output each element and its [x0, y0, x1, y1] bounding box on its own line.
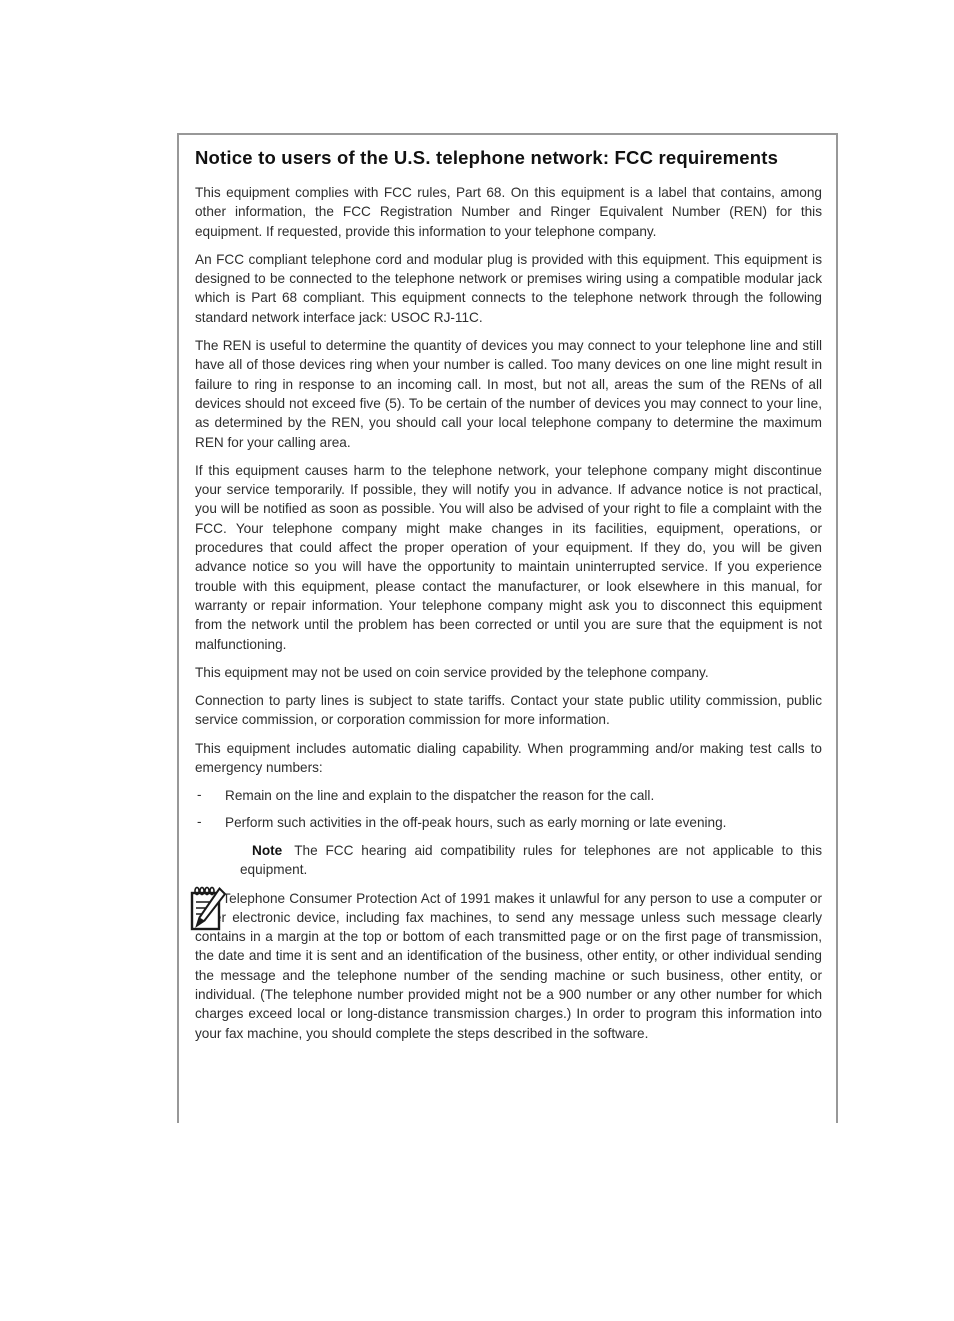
- paragraph-tcpa: The Telephone Consumer Protection Act of…: [195, 889, 822, 1043]
- page-title: Notice to users of the U.S. telephone ne…: [195, 147, 822, 169]
- note-block: NoteThe FCC hearing aid compatibility ru…: [240, 841, 822, 880]
- bullet-marker: -: [197, 812, 202, 831]
- paragraph-fcc-compliance: This equipment complies with FCC rules, …: [195, 183, 822, 241]
- paragraph-auto-dialing: This equipment includes automatic dialin…: [195, 739, 822, 778]
- notice-box: Notice to users of the U.S. telephone ne…: [177, 133, 838, 1123]
- emergency-call-list: - Remain on the line and explain to the …: [195, 786, 822, 832]
- bullet-marker: -: [197, 785, 202, 804]
- paragraph-network-harm: If this equipment causes harm to the tel…: [195, 461, 822, 654]
- manual-page: Notice to users of the U.S. telephone ne…: [0, 0, 954, 1321]
- note-text: The FCC hearing aid compatibility rules …: [240, 843, 822, 877]
- paragraph-ren: The REN is useful to determine the quant…: [195, 336, 822, 452]
- paragraph-party-lines: Connection to party lines is subject to …: [195, 691, 822, 730]
- list-item-text: Remain on the line and explain to the di…: [225, 788, 654, 803]
- list-item-text: Perform such activities in the off-peak …: [225, 815, 726, 830]
- paragraph-modular-plug: An FCC compliant telephone cord and modu…: [195, 250, 822, 327]
- list-item: - Perform such activities in the off-pea…: [195, 813, 822, 832]
- list-item: - Remain on the line and explain to the …: [195, 786, 822, 805]
- note-notepad-icon: [187, 883, 227, 935]
- paragraph-coin-service: This equipment may not be used on coin s…: [195, 663, 822, 682]
- note-label: Note: [252, 843, 282, 858]
